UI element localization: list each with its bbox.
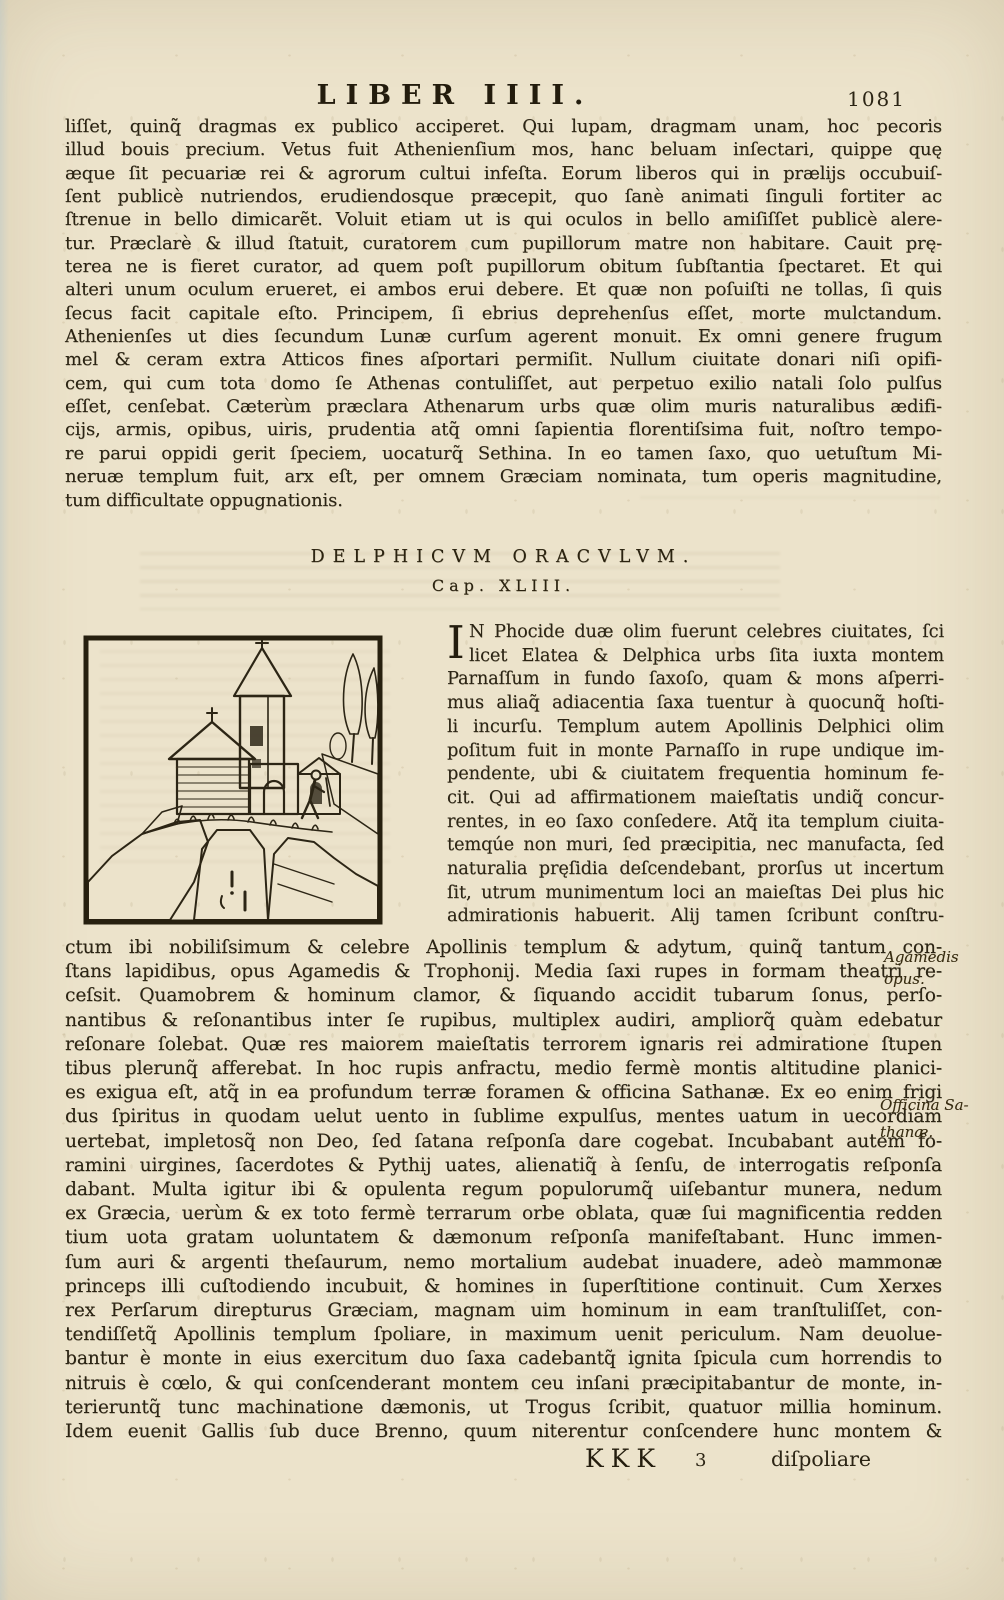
- text-line: pendente, ubi & ciuitatem frequentia hom…: [447, 762, 944, 786]
- text-line: dus ſpiritus in quodam uelut uento in ſu…: [65, 1105, 942, 1129]
- text-line: liſſet, quinq̃ dragmas ex publico accipe…: [65, 115, 942, 138]
- text-line: eſſet, cenſebat. Cæterùm præclara Athena…: [65, 395, 942, 418]
- book-page: LIBER IIII. 1081 liſſet, quinq̃ dragmas …: [0, 0, 1004, 1600]
- text-line: rex Perſarum direpturus Græciam, magnam …: [65, 1299, 942, 1323]
- text-line: tendiſſetq̃ Apollinis templum ſpoliare, …: [65, 1323, 942, 1347]
- text-line: Athenienſes ut dies ſecundum Lunæ curſum…: [65, 325, 942, 348]
- text-line: poſitum fuit in monte Parnaſſo in rupe u…: [447, 739, 944, 763]
- text-line: licet Elatea & Delphica urbs ſita iuxta …: [447, 644, 944, 668]
- text-line: ramini uirgines, ſacerdotes & Pythij uat…: [65, 1154, 942, 1178]
- text-line: admirationis habuerit. Alij tamen ſcribu…: [447, 904, 944, 928]
- page-number: 1081: [847, 87, 906, 111]
- text-line: uertebat, impletosq̃ non Deo, ſed ſatana…: [65, 1130, 942, 1154]
- running-title: LIBER IIII.: [65, 80, 845, 111]
- scan-edge-shadow: [0, 0, 9, 1600]
- text-line: nantibus & reſonantibus inter ſe rupibus…: [65, 1009, 942, 1033]
- margin-note-officina: Officina Sa- thanæ.: [880, 1092, 1000, 1146]
- margin-note-line: Agamedis: [884, 946, 1004, 968]
- text-line: ex Græcia, uerùm & ex toto fermè terraru…: [65, 1202, 942, 1226]
- text-line: tium uota gratam uoluntatem & dæmonum re…: [65, 1226, 942, 1250]
- text-line: æque ſit pecuariæ rei & agrorum cultui i…: [65, 162, 942, 185]
- section-heading: DELPHICVM ORACVLVM. Cap. XLIII.: [65, 547, 942, 595]
- text-line: ceſsit. Quamobrem & hominum clamor, & ſi…: [65, 984, 942, 1008]
- margin-note-line: opus.: [884, 968, 1004, 990]
- text-line: ſit, utrum munimentum loci an maieſtas D…: [447, 881, 944, 905]
- text-line: ſum auri & argenti theſaurum, nemo morta…: [65, 1251, 942, 1275]
- text-line: ſecus facit capitale eſto. Principem, ſi…: [65, 302, 942, 325]
- margin-note-agamedis: Agamedis opus.: [884, 946, 1004, 990]
- text-line: re parui oppidi gerit ſpeciem, uocaturq̃…: [65, 442, 942, 465]
- text-line: princeps illi cuſtodiendo incubuit, & ho…: [65, 1275, 942, 1299]
- figure-and-wrapped-text: I N Phocide duæ olim fuerunt celebres ci…: [65, 620, 942, 936]
- text-line: N Phocide duæ olim fuerunt celebres ciui…: [447, 620, 944, 644]
- text-line: Idem euenit Gallis ſub duce Brenno, quum…: [65, 1420, 942, 1444]
- text-line: terieruntq̃ tunc machinatione dæmonis, u…: [65, 1396, 942, 1420]
- trees: [322, 654, 378, 834]
- text-line: cijs, armis, opibus, uiris, prudentia at…: [65, 418, 942, 441]
- text-line: reſonare ſolebat. Quæ res maiorem maieſt…: [65, 1033, 942, 1057]
- margin-note-line: Officina Sa-: [880, 1092, 1000, 1119]
- signature-line: KKK 3 diſpoliare: [65, 1444, 942, 1486]
- text-line: ſtrenue in bello dimicarẽt. Voluit etiam…: [65, 208, 942, 231]
- text-line: rentes, in eo ſaxo conſedere. Atq̃ ita t…: [447, 810, 944, 834]
- text-line: nitruis è cœlo, & qui conſcenderant mont…: [65, 1372, 942, 1396]
- text-line: alteri unum oculum erueret, ei ambos eru…: [65, 278, 942, 301]
- text-line: cit. Qui ad affirmationem maieſtatis und…: [447, 786, 944, 810]
- nave: [169, 708, 298, 814]
- text-line: tibus plerunq̃ afferebat. In hoc rupis a…: [65, 1057, 942, 1081]
- text-line: terea ne is fieret curator, ad quem poſt…: [65, 255, 942, 278]
- rocky-crag: [88, 806, 378, 920]
- page-header: LIBER IIII. 1081: [65, 80, 942, 120]
- text-line: naturalia pręſidia deſcendebant, prorſus…: [447, 857, 944, 881]
- dropcap-initial: I: [447, 621, 464, 667]
- tower-spire: [234, 638, 291, 788]
- annex: [298, 758, 340, 814]
- text-line: mel & ceram extra Atticos fines aſportar…: [65, 348, 942, 371]
- quire-signature: KKK: [585, 1444, 662, 1473]
- text-line: es exigua eſt, atq̃ in ea profundum terr…: [65, 1081, 942, 1105]
- text-line: bantur è monte in eius exercitum duo ſax…: [65, 1347, 942, 1371]
- column-text: I N Phocide duæ olim fuerunt celebres ci…: [447, 620, 944, 928]
- woodcut-delphi-illustration: [82, 634, 384, 926]
- text-line: mus aliaq̃ adiacentia ſaxa tuentur à quo…: [447, 691, 944, 715]
- text-line: temqúe non muri, ſed præcipitia, nec man…: [447, 833, 944, 857]
- text-line: neruæ templum fuit, arx eſt, per omnem G…: [65, 465, 942, 488]
- body-text-continued: ctum ibi nobiliſsimum & celebre Apollini…: [65, 936, 942, 1444]
- text-line: ctum ibi nobiliſsimum & celebre Apollini…: [65, 936, 942, 960]
- body-text-paragraph-1: liſſet, quinq̃ dragmas ex publico accipe…: [65, 115, 942, 512]
- text-line: tur. Præclarè & illud ſtatuit, curatorem…: [65, 232, 942, 255]
- catchword: diſpoliare: [771, 1447, 871, 1471]
- margin-note-line: thanæ.: [880, 1119, 1000, 1146]
- text-line: ſtans lapidibus, opus Agamedis & Trophon…: [65, 960, 942, 984]
- text-line: ſent publicè nutriendos, erudiendosque p…: [65, 185, 942, 208]
- chapter-title: DELPHICVM ORACVLVM.: [65, 547, 942, 567]
- text-line: tum difficultate oppugnationis.: [65, 489, 942, 512]
- chapter-number: Cap. XLIII.: [65, 576, 942, 595]
- text-line: dabant. Multa igitur ibi & opulenta regu…: [65, 1178, 942, 1202]
- text-line: Parnaſſum in fundo ſaxoſo, quam & mons a…: [447, 667, 944, 691]
- text-line: cem, qui cum tota domo ſe Athenas contul…: [65, 372, 942, 395]
- leaf-number: 3: [695, 1450, 706, 1471]
- text-line: li incurſu. Templum autem Apollinis Delp…: [447, 715, 944, 739]
- text-line: illud bouis precium. Vetus fuit Athenien…: [65, 138, 942, 161]
